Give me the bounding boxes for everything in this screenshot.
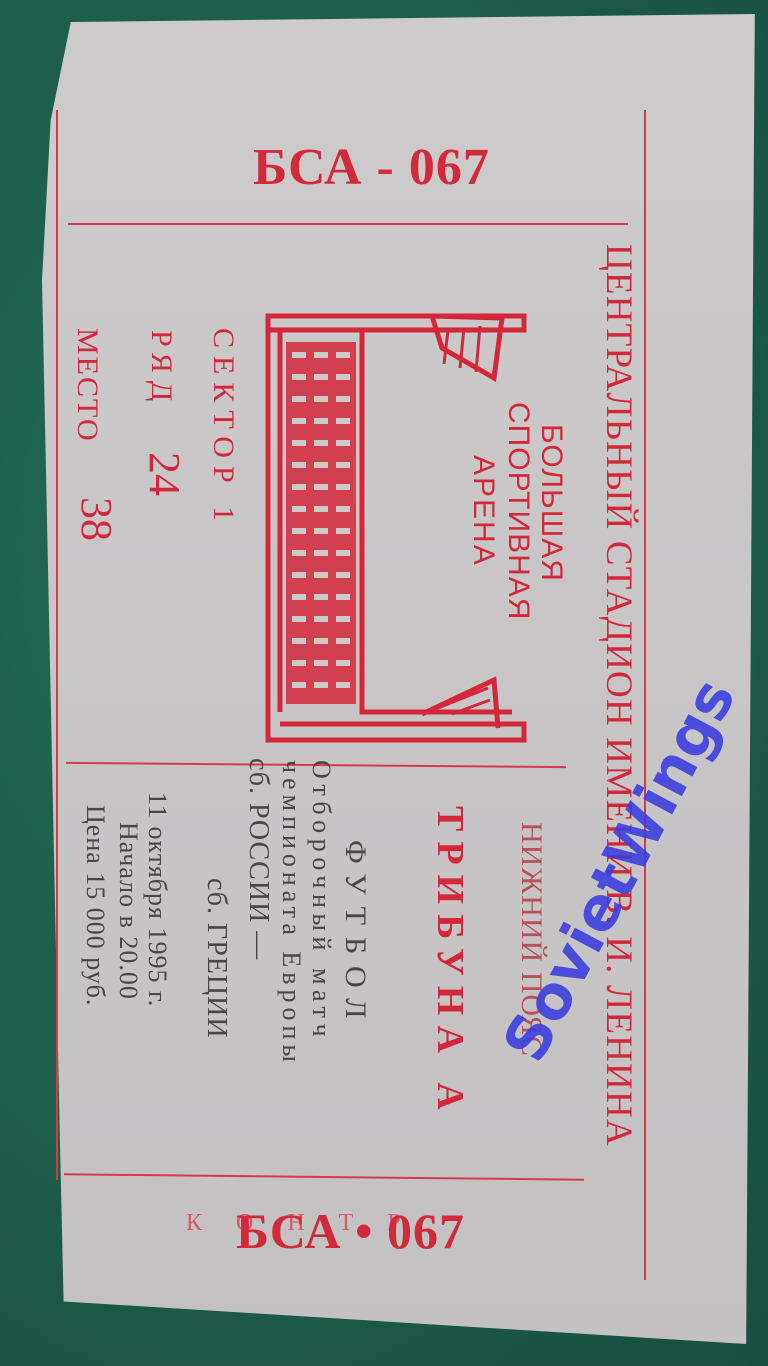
match-description-line-2: чемпионата Европы [276, 760, 306, 1067]
start-time: Начало в 20.00 [113, 822, 143, 1000]
tribune-label: ТРИБУНА А [428, 806, 472, 1120]
stadium-name: ЦЕНТРАЛЬНЫЙ СТАДИОН ИМЕНИ В. И. ЛЕНИНА [597, 244, 640, 1147]
sector-label: СЕКТОР 1 [206, 328, 240, 529]
match-description-line-1: Отборочный матч [306, 760, 336, 1042]
left-border-line [56, 110, 58, 1180]
stadium-stand-icon [262, 308, 532, 748]
row-value: 24 [139, 452, 190, 496]
serial-number-top: БСА - 067 [253, 138, 490, 197]
serial-number-bottom: БСА • 067 [236, 1202, 465, 1260]
arena-line-1: БОЛЬШАЯ [534, 424, 568, 582]
seat-value: 38 [71, 497, 122, 541]
seat-label: МЕСТО [70, 328, 104, 443]
teams-line-2: сб. ГРЕЦИИ [200, 878, 232, 1039]
top-divider-line [68, 223, 628, 225]
match-date: 11 октября 1995 г. [142, 792, 172, 1007]
sport-title: ФУТБОЛ [338, 840, 372, 1031]
row-label: РЯД [144, 330, 178, 409]
ticket-price: Цена 15 000 руб. [80, 805, 110, 1006]
right-border-line [644, 110, 646, 1280]
teams-line-1: сб. РОССИИ — [242, 758, 274, 960]
